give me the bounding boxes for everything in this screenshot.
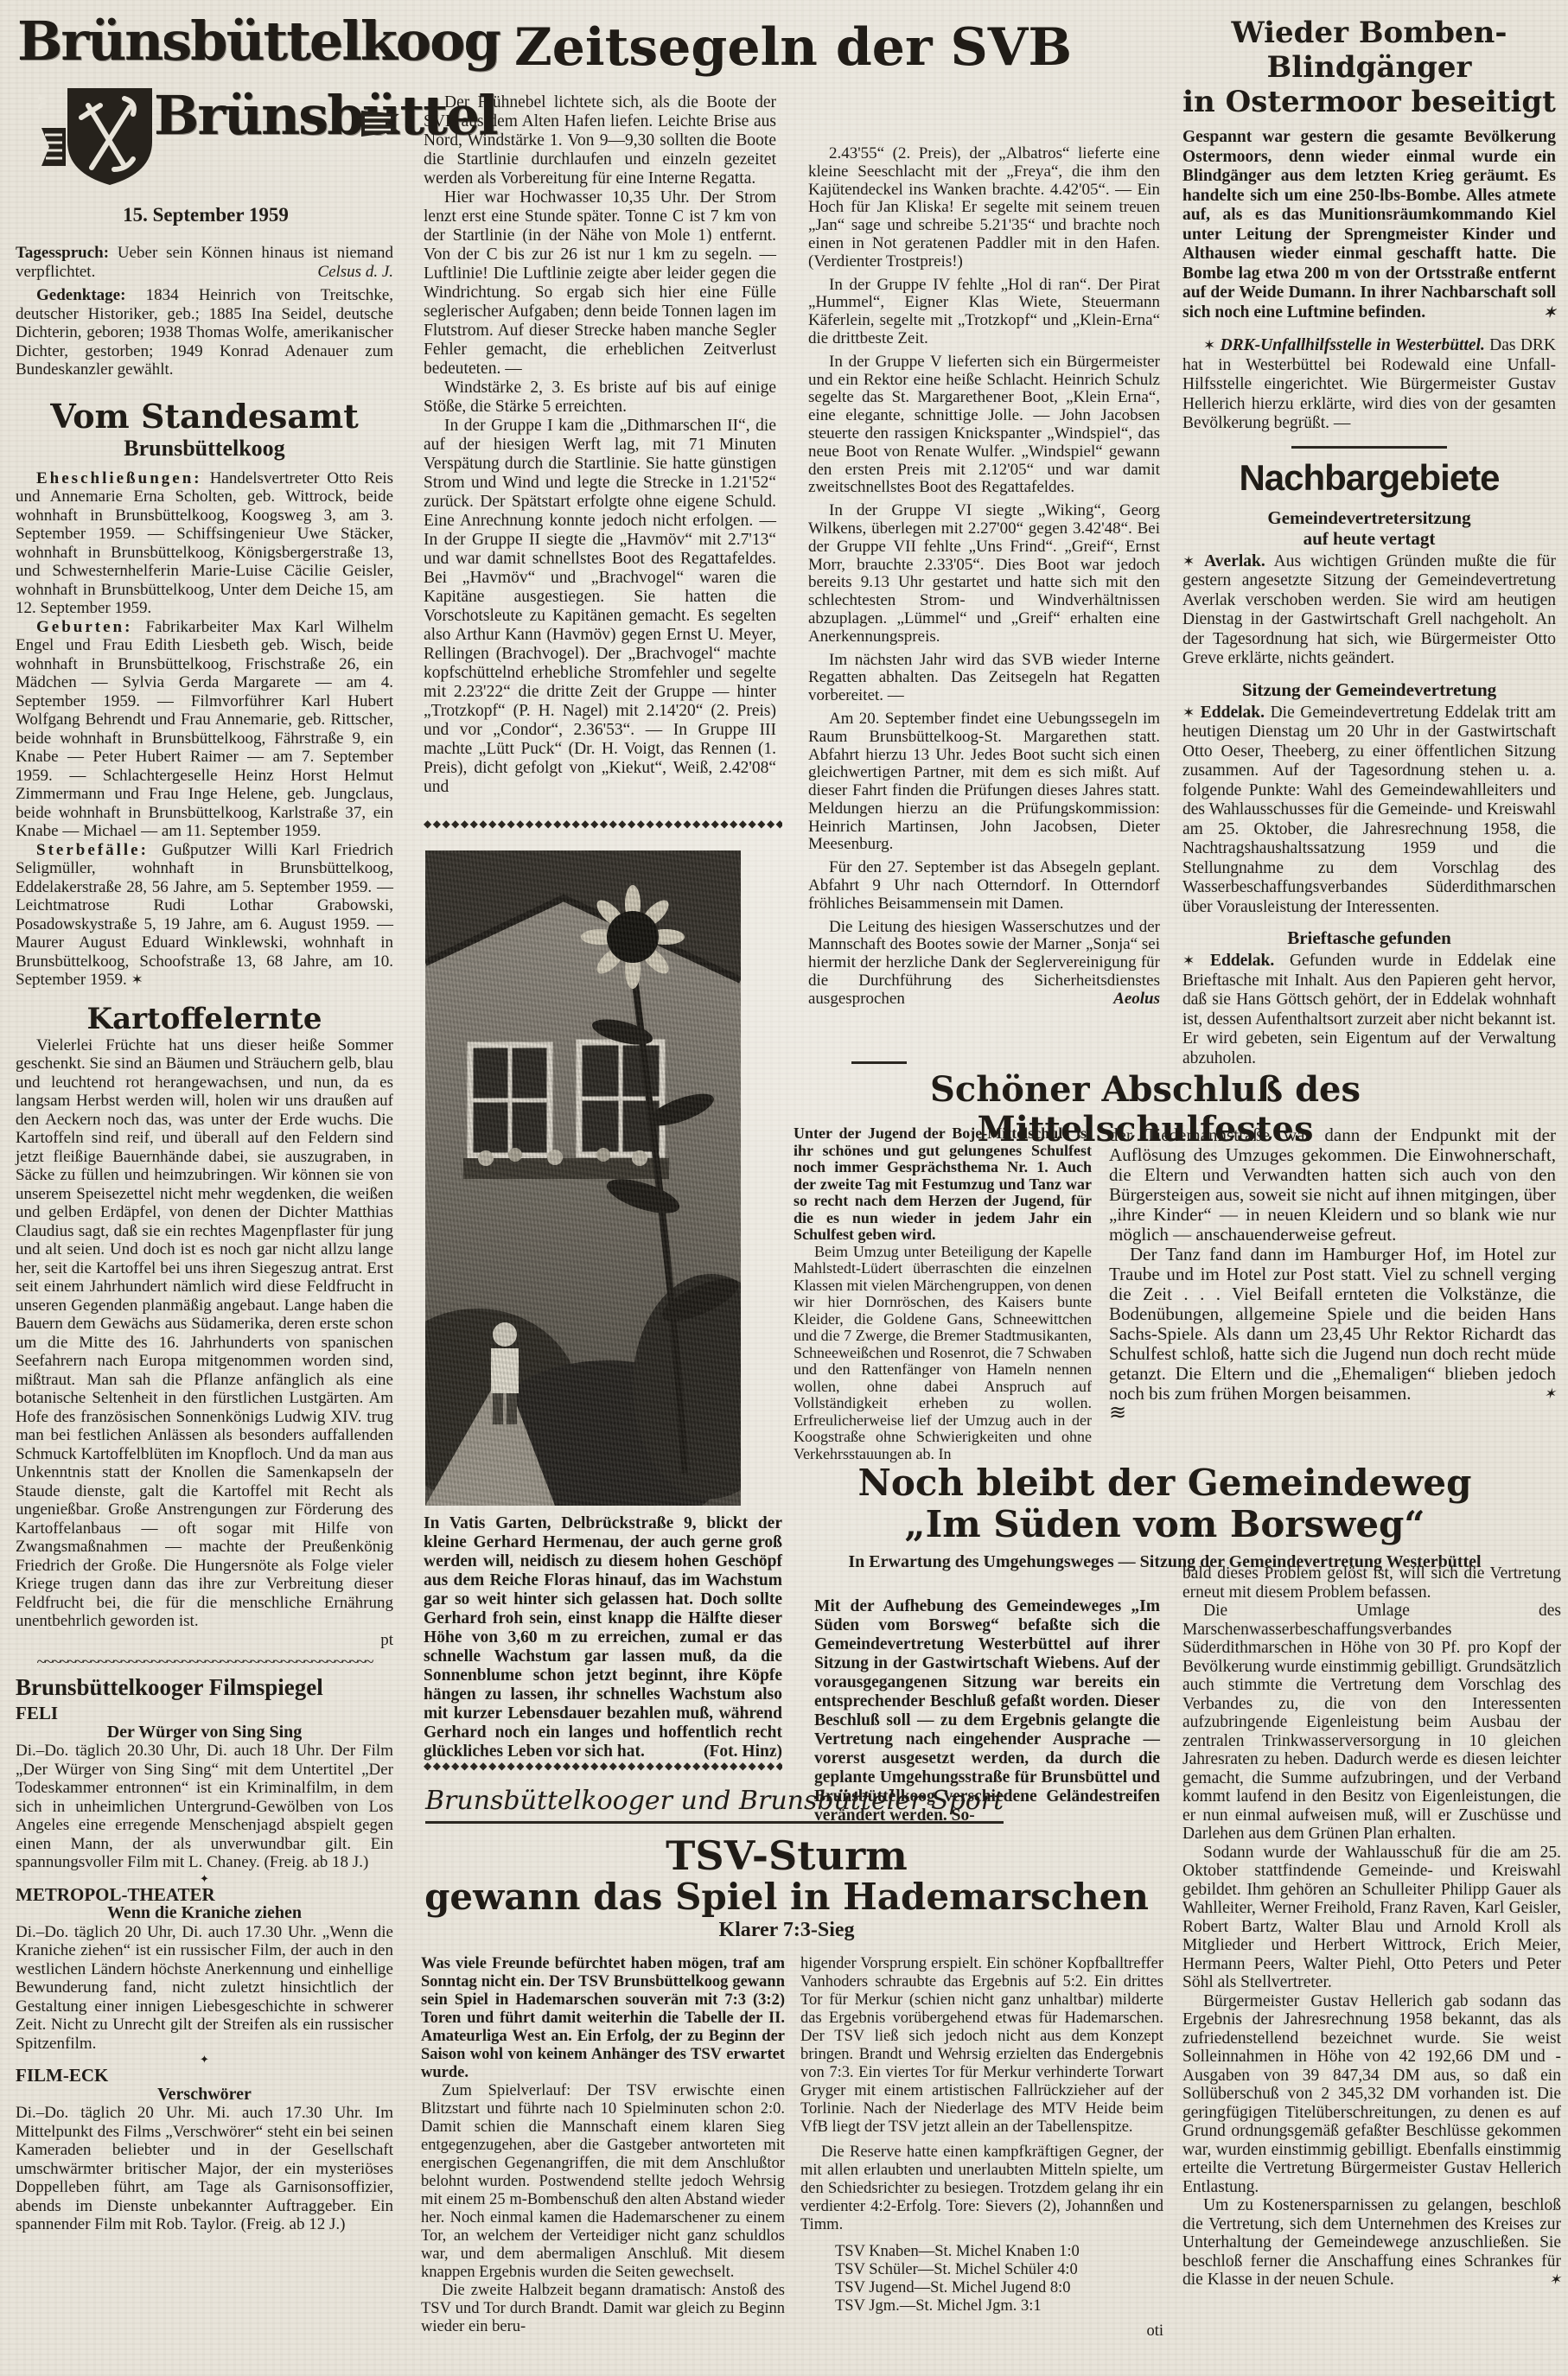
gedenktage: Gedenktage: 1834 Heinrich von Treitschke… bbox=[16, 286, 393, 379]
tsv-signature: oti bbox=[800, 2322, 1163, 2341]
result-row: TSV Jugend—St. Michel Jugend 8:0 bbox=[800, 2279, 1163, 2297]
standesamt-title: Vom Standesamt bbox=[16, 398, 393, 435]
result-row: TSV Knaben—St. Michel Knaben 1:0 bbox=[800, 2243, 1163, 2261]
star-icon: ✶ bbox=[131, 971, 143, 988]
averlak-item: ✶ Averlak. Aus wichtigen Gründen mußte d… bbox=[1182, 552, 1556, 669]
photo-credit: (Fot. Hinz) bbox=[704, 1742, 782, 1761]
cinema-metropol-film: Wenn die Kraniche ziehen bbox=[16, 1904, 393, 1923]
star-icon: ✶ bbox=[1182, 704, 1195, 721]
town-crest-icon bbox=[38, 83, 157, 188]
bomben-headline-line2: in Ostermoor beseitigt bbox=[1182, 85, 1556, 119]
column-1: Tagesspruch: Ueber sein Können hinaus is… bbox=[16, 244, 393, 2234]
schulfest-column-left: Unter der Jugend der Boje-Mittelschule i… bbox=[794, 1125, 1092, 1462]
zeitsegeln-column-left: Der Frühnebel lichtete sich, als die Boo… bbox=[424, 93, 776, 797]
result-row: TSV Schüler—St. Michel Schüler 4:0 bbox=[800, 2261, 1163, 2279]
issue-date: 15. September 1959 bbox=[16, 204, 396, 226]
section-rule bbox=[1291, 446, 1447, 449]
kartoffelernte-signature: pt bbox=[16, 1631, 393, 1650]
standesamt-subtitle: Brunsbüttelkoog bbox=[16, 435, 393, 462]
brieftasche-lead: Eddelak. bbox=[1210, 952, 1274, 970]
drk-lead: DRK-Unfallhilfsstelle in Westerbüttel. bbox=[1221, 336, 1485, 354]
photo-house-sunflower bbox=[425, 850, 741, 1506]
cinema-filmeck-text: Di.–Do. täglich 20 Uhr. Mi. auch 17.30 U… bbox=[16, 2104, 393, 2234]
bomben-body: Gespannt war gestern die gesamte Bevölke… bbox=[1182, 128, 1556, 322]
schulfest-column-right: der Tiedemannstraße war dann der Endpunk… bbox=[1109, 1125, 1556, 1424]
tsv-results-list: TSV Knaben—St. Michel Knaben 1:0 TSV Sch… bbox=[800, 2243, 1163, 2315]
geburten-label: Geburten: bbox=[36, 618, 132, 636]
photo-caption: In Vatis Garten, Delbrückstraße 9, blick… bbox=[424, 1514, 782, 1761]
tagesspruch-label: Tagesspruch: bbox=[16, 244, 109, 262]
sterbefaelle: Sterbefälle: Gußputzer Willi Karl Friedr… bbox=[16, 841, 393, 990]
cinema-filmeck-name: FILM-ECK bbox=[16, 2067, 393, 2086]
eddelak-sitzung-item: ✶ Eddelak. Die Gemeindevertretung Eddela… bbox=[1182, 704, 1556, 918]
nachbar-subhead-3: Brieftasche gefunden bbox=[1182, 927, 1556, 948]
cinema-feli-name: FELI bbox=[16, 1704, 393, 1723]
result-row: TSV Jgm.—St. Michel Jgm. 3:1 bbox=[800, 2297, 1163, 2315]
geburten: Geburten: Fabrikarbeiter Max Karl Wilhel… bbox=[16, 618, 393, 841]
ehe-label: Eheschließungen: bbox=[36, 469, 202, 487]
pennant-icon bbox=[361, 109, 399, 138]
zeitsegeln-signature: Aeolus bbox=[1093, 991, 1160, 1009]
star-icon: ✶ bbox=[1203, 337, 1215, 354]
cinema-feli-text: Di.–Do. täglich 20.30 Uhr, Di. auch 18 U… bbox=[16, 1742, 393, 1872]
tagesspruch-signature: Celsus d. J. bbox=[317, 263, 393, 282]
tsv-column-right: higender Vorsprung erspielt. Ein schöner… bbox=[800, 1955, 1163, 2341]
star-icon: ✶ bbox=[1182, 952, 1195, 969]
gedenktage-label: Gedenktage: bbox=[36, 286, 125, 304]
filmspiegel-title: Brunsbüttelkooger Filmspiegel bbox=[16, 1673, 393, 1701]
cinema-metropol-name: METROPOL-THEATER bbox=[16, 1886, 393, 1905]
section-mark-icon: ≋ bbox=[1109, 1404, 1556, 1424]
averlak-lead: Averlak. bbox=[1204, 552, 1265, 570]
bomben-headline-line1: Wieder Bomben-Blindgänger bbox=[1182, 16, 1556, 85]
eddelak-lead: Eddelak. bbox=[1201, 704, 1265, 722]
kartoffelernte-title: Kartoffelernte bbox=[16, 1002, 393, 1036]
tsv-headline-block: TSV-Sturm gewann das Spiel in Hademarsch… bbox=[406, 1834, 1167, 1943]
tagesspruch: Tagesspruch: Ueber sein Können hinaus is… bbox=[16, 244, 393, 281]
gemeindeweg-headline-line2: „Im Süden vom Borsweg“ bbox=[813, 1504, 1517, 1545]
cinema-metropol-text: Di.–Do. täglich 20 Uhr, Di. auch 17.30 U… bbox=[16, 1923, 393, 2054]
tsv-headline-line1: TSV-Sturm bbox=[406, 1834, 1167, 1877]
gemeindeweg-column-left: Mit der Aufhebung des Gemeindeweges „Im … bbox=[814, 1597, 1160, 1825]
nachbargebiete-title: Nachbargebiete bbox=[1182, 457, 1556, 499]
star-icon: ✶ bbox=[1182, 553, 1195, 570]
tsv-headline-line2: gewann das Spiel in Hademarschen bbox=[406, 1877, 1167, 1917]
star-icon: ✶ bbox=[1544, 303, 1556, 323]
tsv-subhead: Klarer 7:3-Sieg bbox=[406, 1917, 1167, 1943]
end-rule bbox=[851, 1061, 907, 1064]
newspaper-page: Brünsbüttelkoog Brünsbüttel 15. Septembe… bbox=[0, 0, 1568, 2376]
drk-item: ✶ DRK-Unfallhilfsstelle in Westerbüttel.… bbox=[1182, 336, 1556, 434]
sterbe-label: Sterbefälle: bbox=[36, 841, 149, 859]
column-4-bottom: bald dieses Problem gelöst ist, will sic… bbox=[1182, 1564, 1561, 2290]
eheschliessungen: Eheschließungen: Handelsvertreter Otto R… bbox=[16, 469, 393, 618]
column-4-top: Wieder Bomben-Blindgänger in Ostermoor b… bbox=[1182, 16, 1556, 1068]
tsv-column-left: Was viele Freunde befürchtet haben mögen… bbox=[421, 1955, 785, 2336]
diamond-separator: ◆◆◆◆◆◆◆◆◆◆◆◆◆◆◆◆◆◆◆◆◆◆◆◆◆◆◆◆◆◆◆◆◆◆◆◆◆◆◆◆… bbox=[424, 818, 782, 831]
masthead: Brünsbüttelkoog Brünsbüttel 15. Septembe… bbox=[16, 16, 400, 227]
gemeindeweg-headline-block: Noch bleibt der Gemeindeweg „Im Süden vo… bbox=[813, 1462, 1517, 1573]
nachbar-subhead-2: Sitzung der Gemeindevertretung bbox=[1182, 679, 1556, 700]
kartoffelernte-body: Vielerlei Früchte hat uns dieser heiße S… bbox=[16, 1036, 393, 1631]
zeitsegeln-column-right: 2.43'55“ (2. Preis), der „Albatros“ lief… bbox=[808, 145, 1160, 1009]
nachbar-subhead-1a: Gemeindevertretersitzung bbox=[1182, 507, 1556, 528]
brieftasche-item: ✶ Eddelak. Gefunden wurde in Eddelak ein… bbox=[1182, 952, 1556, 1068]
nachbar-subhead-1b: auf heute vertagt bbox=[1182, 528, 1556, 549]
star-icon: ✶ bbox=[1523, 1384, 1556, 1404]
zeitsegeln-headline: Zeitsegeln der SVB bbox=[424, 19, 1163, 76]
star-icon: ✶ bbox=[1528, 2271, 1561, 2290]
diamond-separator: ◆◆◆◆◆◆◆◆◆◆◆◆◆◆◆◆◆◆◆◆◆◆◆◆◆◆◆◆◆◆◆◆◆◆◆◆◆◆◆◆… bbox=[424, 1760, 782, 1773]
cinema-feli-film: Der Würger von Sing Sing bbox=[16, 1723, 393, 1742]
gemeindeweg-headline-line1: Noch bleibt der Gemeindeweg bbox=[813, 1462, 1517, 1504]
cinema-filmeck-film: Verschwörer bbox=[16, 2086, 393, 2105]
wavy-separator: ~~~~~~~~~~~~~~~~~~~~~~~~~~~~~~~~~~~~~~~~… bbox=[16, 1656, 393, 1668]
